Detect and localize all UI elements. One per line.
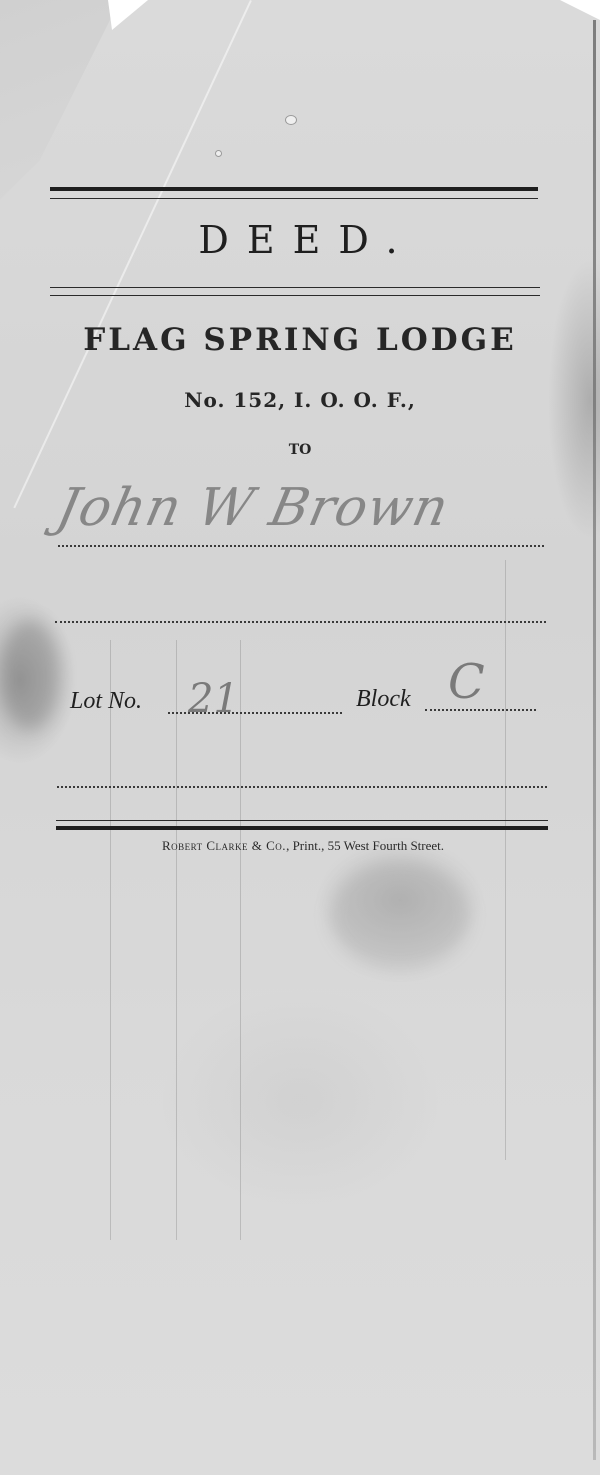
torn-edge-gap-right: [560, 0, 600, 20]
title-rule-lower: [50, 295, 540, 296]
torn-edge-gap: [108, 0, 148, 30]
blank-dotted-line: [55, 621, 546, 623]
paper-stain: [330, 860, 470, 970]
faint-column-rule: [176, 640, 177, 1240]
block-label: Block: [356, 686, 411, 713]
printer-imprint: Robert Clarke & Co., Print., 55 West Fou…: [0, 838, 600, 854]
lot-label: Lot No.: [70, 688, 142, 715]
paper-stain-left: [0, 620, 60, 730]
faint-column-rule: [505, 560, 506, 1160]
faint-column-rule: [110, 640, 111, 1240]
grantee-handwritten-name: John W Brown: [52, 478, 455, 538]
faint-column-rule: [240, 640, 241, 1240]
top-rule-thin: [50, 198, 538, 199]
title-rule-upper: [50, 287, 540, 288]
lot-dotted-line: [168, 712, 342, 714]
blank-dotted-line-2: [57, 786, 547, 788]
bottom-rule-thick: [56, 826, 548, 830]
grantor-lodge-number: No. 152, I. O. O. F.,: [0, 388, 600, 412]
printer-address: , Print., 55 West Fourth Street.: [286, 838, 444, 853]
document-title: DEED.: [0, 218, 600, 262]
printer-name: Robert Clarke & Co.: [162, 838, 286, 853]
lot-value-handwritten: 21: [188, 676, 239, 722]
top-rule-thick: [50, 187, 538, 191]
grantee-dotted-line: [58, 545, 544, 547]
bottom-rule-thin: [56, 820, 548, 821]
to-connector: TO: [0, 442, 600, 458]
deed-document-page: DEED. FLAG SPRING LODGE No. 152, I. O. O…: [0, 0, 600, 1475]
pin-hole: [285, 115, 297, 125]
pin-hole: [215, 150, 222, 157]
block-dotted-line: [425, 709, 536, 711]
torn-corner-flap: [0, 0, 250, 200]
block-value-handwritten: C: [448, 654, 485, 710]
grantor-name: FLAG SPRING LODGE: [0, 322, 600, 358]
